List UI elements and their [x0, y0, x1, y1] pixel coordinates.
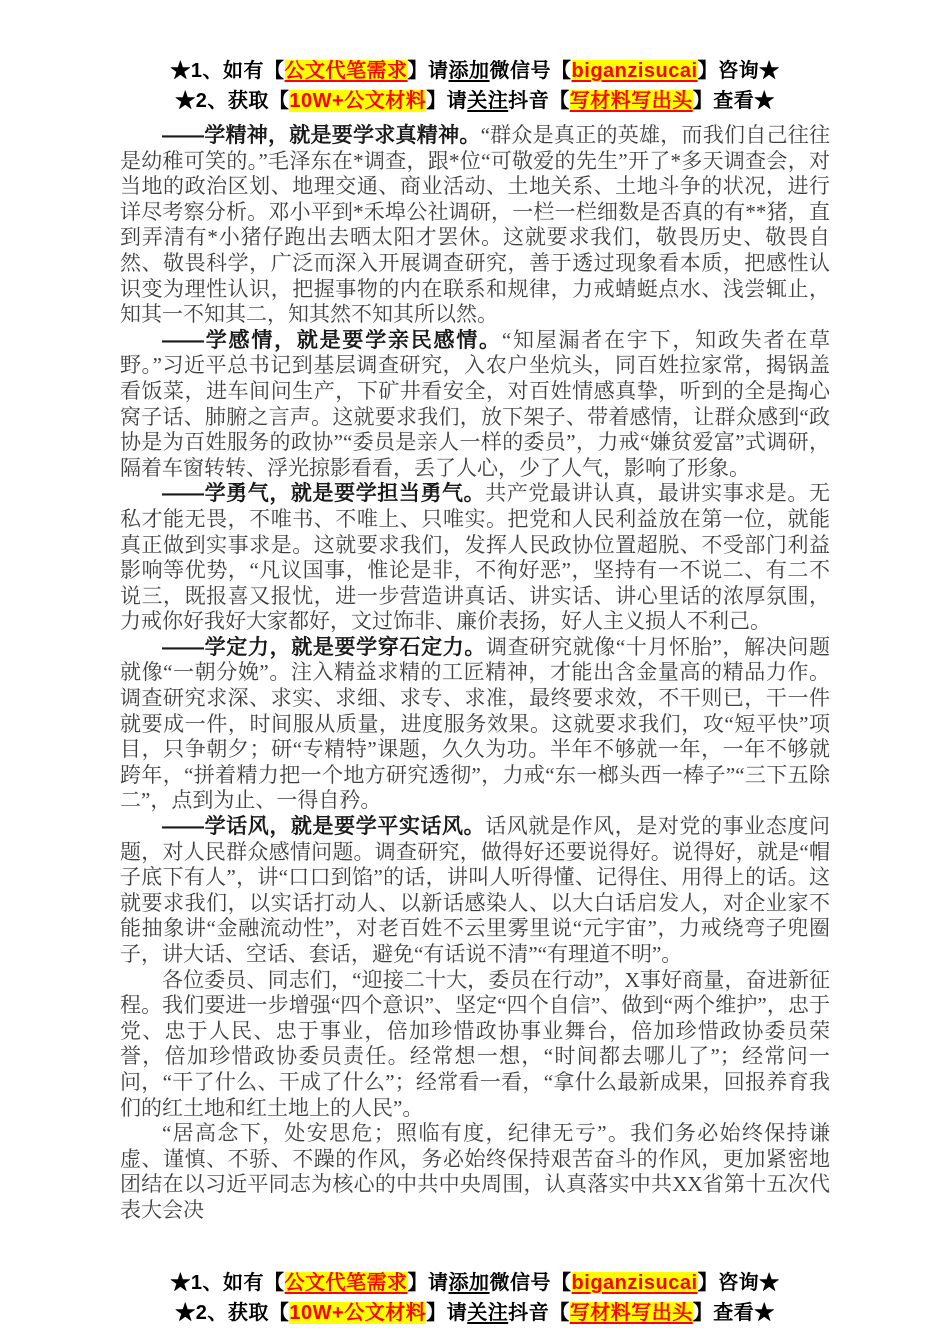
paragraph-text: “居高念下，处安思危；照临有度，纪律无亏”。我们务必始终保持谦虚、谨慎、不骄、不…	[120, 1121, 830, 1222]
banner-segment: 写材料写出头	[570, 90, 693, 112]
banner-segment: 10W+公文材料	[289, 1302, 426, 1324]
document-body: ——学精神，就是要学求真精神。“群众是真正的英雄，而我们自己往往是幼稚可笑的。”…	[120, 123, 830, 1224]
ad-banner-bottom-line2: ★2、获取【10W+公文材料】请关注抖音【写材料写出头】查看★	[120, 1298, 830, 1328]
banner-segment: 公文代笔需求	[285, 60, 408, 82]
banner-segment: 添加	[449, 1272, 490, 1294]
banner-segment: 】咨询★	[698, 60, 780, 82]
paragraph-lead: ——学感情，就是要学亲民感情。	[162, 329, 502, 352]
paragraph: ——学话风，就是要学平实话风。话风就是作风，是对党的事业态度问题，对人民群众感情…	[120, 814, 830, 968]
banner-segment: 微信号【	[490, 1272, 572, 1294]
banner-segment: biganzisucai	[572, 1272, 698, 1294]
banner-segment: 】请	[408, 1272, 449, 1294]
paragraph-lead: ——学勇气，就是要学担当勇气。	[162, 482, 485, 505]
ad-banner-bottom: ★1、如有【公文代笔需求】请添加微信号【biganzisucai】咨询★ ★2、…	[120, 1268, 830, 1328]
paragraph: ——学精神，就是要学求真精神。“群众是真正的英雄，而我们自己往往是幼稚可笑的。”…	[120, 123, 830, 328]
banner-segment: ★2、获取【	[175, 1302, 289, 1324]
banner-segment: 】请	[426, 90, 467, 112]
paragraph: “居高念下，处安思危；照临有度，纪律无亏”。我们务必始终保持谦虚、谨慎、不骄、不…	[120, 1121, 830, 1223]
paragraph-text: “群众是真正的英雄，而我们自己往往是幼稚可笑的。”毛泽东在*调查，跟*位“可敬爱…	[120, 123, 830, 326]
banner-segment: 10W+公文材料	[289, 90, 426, 112]
paragraph: 各位委员、同志们，“迎接二十大，委员在行动”，X事好商量，奋进新征程。我们要进一…	[120, 968, 830, 1122]
banner-segment: 关注	[467, 90, 508, 112]
paragraph: ——学定力，就是要学穿石定力。调查研究就像“十月怀胎”，解决问题就像“一朝分娩”…	[120, 635, 830, 814]
banner-segment: 公文代笔需求	[285, 1272, 408, 1294]
banner-segment: biganzisucai	[572, 60, 698, 82]
banner-segment: 】请	[426, 1302, 467, 1324]
banner-segment: 】查看★	[693, 90, 775, 112]
paragraph-lead: ——学定力，就是要学穿石定力。	[162, 636, 486, 659]
paragraph: ——学感情，就是要学亲民感情。“知屋漏者在宇下，知政失者在草野。”习近平总书记到…	[120, 328, 830, 482]
ad-banner-top-line2: ★2、获取【10W+公文材料】请关注抖音【写材料写出头】查看★	[120, 86, 830, 116]
ad-banner-top: ★1、如有【公文代笔需求】请添加微信号【biganzisucai】咨询★ ★2、…	[120, 56, 830, 116]
banner-segment: 抖音【	[508, 90, 570, 112]
banner-segment: ★2、获取【	[175, 90, 289, 112]
ad-banner-bottom-line1: ★1、如有【公文代笔需求】请添加微信号【biganzisucai】咨询★	[120, 1268, 830, 1298]
paragraph-lead: ——学话风，就是要学平实话风。	[162, 815, 485, 838]
paragraph-text: 各位委员、同志们，“迎接二十大，委员在行动”，X事好商量，奋进新征程。我们要进一…	[120, 968, 830, 1120]
banner-segment: 】查看★	[693, 1302, 775, 1324]
paragraph-lead: ——学精神，就是要学求真精神。	[162, 124, 481, 147]
banner-segment: 抖音【	[508, 1302, 570, 1324]
banner-segment: ★1、如有【	[170, 60, 284, 82]
ad-banner-top-line1: ★1、如有【公文代笔需求】请添加微信号【biganzisucai】咨询★	[120, 56, 830, 86]
banner-segment: 写材料写出头	[570, 1302, 693, 1324]
banner-segment: 关注	[467, 1302, 508, 1324]
paragraph: ——学勇气，就是要学担当勇气。共产党最讲认真，最讲实事求是。无私才能无畏，不唯书…	[120, 481, 830, 635]
banner-segment: ★1、如有【	[170, 1272, 284, 1294]
document-page: ★1、如有【公文代笔需求】请添加微信号【biganzisucai】咨询★ ★2、…	[0, 0, 950, 1344]
banner-segment: 添加	[449, 60, 490, 82]
banner-segment: 微信号【	[490, 60, 572, 82]
banner-segment: 】请	[408, 60, 449, 82]
paragraph-text: 调查研究就像“十月怀胎”，解决问题就像“一朝分娩”。注入精益求精的工匠精神，才能…	[120, 635, 830, 813]
banner-segment: 】咨询★	[698, 1272, 780, 1294]
